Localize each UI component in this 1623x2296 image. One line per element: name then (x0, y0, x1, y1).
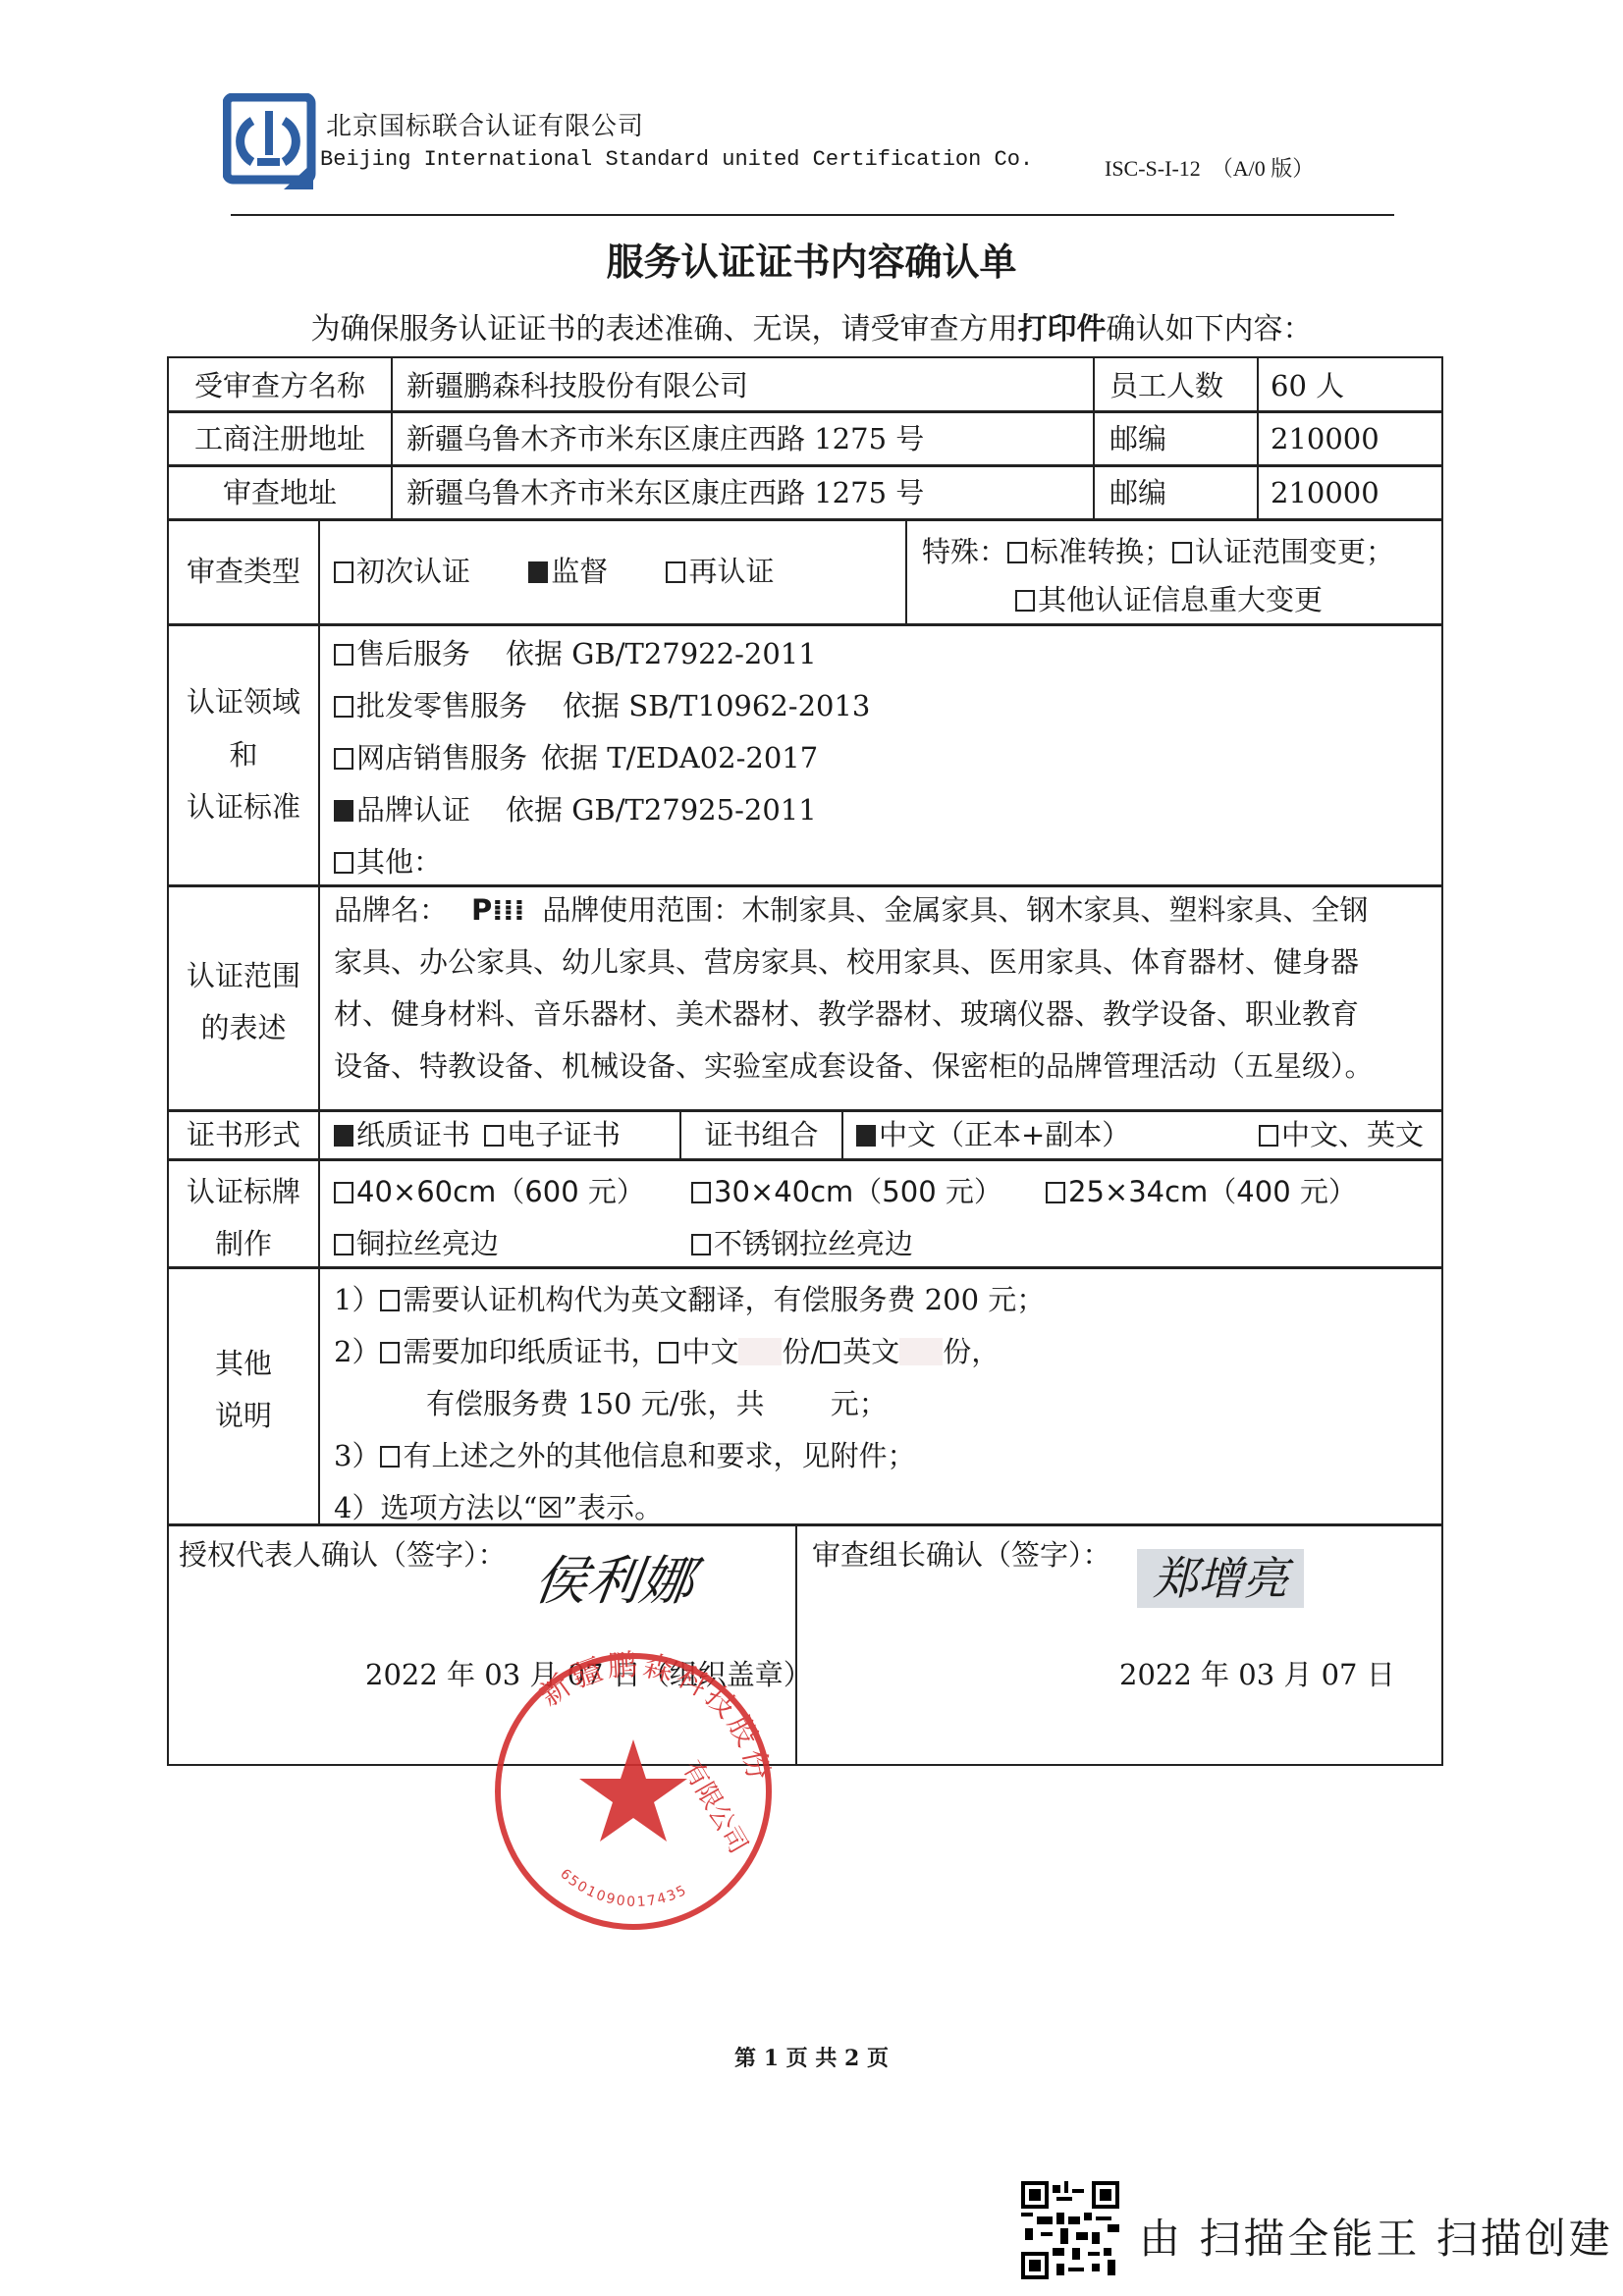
checkbox-extra-en[interactable] (820, 1342, 839, 1363)
company-seal: 新疆鹏森科技股份 有限公司 6501090017435 (491, 1649, 776, 1934)
col-divider (318, 518, 320, 1523)
scope-text: 品牌名：P⁞⁞⁞品牌使用范围：木制家具、金属家具、钢木家具、塑料家具、全钢 家具… (334, 884, 1434, 1093)
plaque-label-2: 制作 (169, 1230, 318, 1258)
option-surveillance[interactable]: 监督 (528, 555, 608, 588)
option-initial[interactable]: 初次认证 (334, 555, 470, 588)
checkbox-paper[interactable] (334, 1125, 353, 1147)
brand-logo-icon: P⁞⁞⁞ (471, 884, 524, 936)
checkbox-copper[interactable] (334, 1234, 353, 1255)
checkbox-after-sales[interactable] (334, 644, 353, 666)
leader-confirm-label: 审查组长确认（签字）： (812, 1541, 1111, 1570)
row-divider (169, 1266, 1441, 1269)
domain-item[interactable]: 网店销售服务依据 T/EDA02-2017 (334, 744, 818, 773)
copies-cn-field[interactable] (738, 1338, 782, 1365)
company-name-en: Beijing International Standard united Ce… (320, 147, 1033, 172)
copies-en-field[interactable] (899, 1338, 943, 1365)
special-options-row2: 其他认证信息重大变更 (1015, 586, 1323, 614)
col-divider (795, 1523, 797, 1766)
scope-label-1: 认证范围 (169, 962, 318, 990)
domain-label-3: 认证标准 (169, 793, 318, 822)
row-divider (169, 1109, 1441, 1112)
audit-addr-label: 审查地址 (169, 479, 391, 507)
row-divider (169, 410, 1441, 413)
checkbox-size-30x40[interactable] (691, 1182, 711, 1203)
page-title: 服务认证证书内容确认单 (0, 232, 1623, 286)
row-divider (169, 518, 1441, 521)
checkbox-scope-change[interactable] (1172, 542, 1192, 563)
qr-code (1021, 2181, 1119, 2279)
checkbox-brand[interactable] (334, 800, 353, 822)
notes-label-1: 其他 (169, 1350, 318, 1378)
checkbox-extra-cn[interactable] (659, 1342, 678, 1363)
cert-form-options: 纸质证书电子证书 (334, 1121, 621, 1149)
qr-code-icon (1021, 2181, 1119, 2279)
option-recert[interactable]: 再认证 (666, 555, 774, 588)
checkbox-cn-en[interactable] (1259, 1125, 1278, 1147)
checkbox-extra-print[interactable] (380, 1342, 400, 1363)
checkbox-wholesale[interactable] (334, 696, 353, 718)
reg-zip-label: 邮编 (1109, 425, 1166, 454)
col-divider (391, 358, 393, 518)
domain-item[interactable]: 其他： (334, 848, 442, 877)
note-3: 3）有上述之外的其他信息和要求，见附件； (334, 1442, 915, 1470)
checkbox-size-25x34[interactable] (1046, 1182, 1065, 1203)
checkbox-standard-transition[interactable] (1007, 542, 1027, 563)
rep-confirm-label: 授权代表人确认（签字）： (179, 1541, 507, 1570)
plaque-size-3[interactable]: 25×34cm（400 元） (1046, 1178, 1357, 1206)
col-divider (1093, 358, 1095, 518)
document-number: ISC-S-I-12 （A/0 版） (1105, 152, 1314, 183)
checkbox-other[interactable] (334, 852, 353, 874)
domain-item[interactable]: 批发零售服务依据 SB/T10962-2013 (334, 692, 870, 721)
svg-text:6501090017435: 6501090017435 (557, 1866, 690, 1910)
company-name-cn: 北京国标联合认证有限公司 (326, 106, 644, 142)
col-divider (905, 518, 907, 623)
checkbox-recert[interactable] (666, 561, 685, 583)
checkbox-major-change[interactable] (1015, 590, 1035, 612)
auditee-value: 新疆鹏森科技股份有限公司 (406, 372, 748, 400)
col-divider (841, 1109, 843, 1158)
checkbox-translation[interactable] (380, 1290, 400, 1311)
cert-combo-cn[interactable]: 中文（正本+副本） (856, 1121, 1130, 1149)
seal-icon: 新疆鹏森科技股份 有限公司 6501090017435 (491, 1649, 776, 1934)
audit-type-options: 初次认证 监督 再认证 (334, 558, 774, 586)
cert-form-label: 证书形式 (169, 1121, 318, 1149)
checkbox-cn[interactable] (856, 1125, 876, 1147)
checkbox-online-store[interactable] (334, 748, 353, 770)
audit-addr-value: 新疆乌鲁木齐市米东区康庄西路 1275 号 (406, 479, 924, 507)
header-divider (231, 214, 1394, 216)
staff-value: 60 人 (1271, 372, 1344, 400)
page-number: 第 1 页 共 2 页 (0, 2042, 1623, 2072)
plaque-material-2[interactable]: 不锈钢拉丝亮边 (691, 1230, 913, 1258)
checkbox-surveillance[interactable] (528, 561, 548, 583)
note-2-line2: 有偿服务费 150 元/张，共 元； (426, 1390, 888, 1418)
col-divider (1257, 358, 1259, 518)
domain-item[interactable]: 售后服务依据 GB/T27922-2011 (334, 640, 817, 668)
checkbox-initial[interactable] (334, 561, 353, 583)
checkbox-size-40x60[interactable] (334, 1182, 353, 1203)
checkbox-stainless[interactable] (691, 1234, 711, 1255)
audit-type-label: 审查类型 (169, 558, 318, 586)
cert-combo-label: 证书组合 (681, 1121, 841, 1149)
scope-label-2: 的表述 (169, 1014, 318, 1042)
row-divider (169, 464, 1441, 467)
note-4: 4）选项方法以“☒”表示。 (334, 1494, 663, 1522)
checkbox-electronic[interactable] (484, 1125, 504, 1147)
row-divider (169, 623, 1441, 626)
rep-signature: 侯利娜 (530, 1539, 700, 1615)
audit-zip-label: 邮编 (1109, 479, 1166, 507)
note-1: 1）需要认证机构代为英文翻译，有偿服务费 200 元； (334, 1286, 1045, 1314)
leader-signature: 郑增亮 (1137, 1549, 1304, 1608)
domain-label-2: 和 (169, 741, 318, 770)
notes-label-2: 说明 (169, 1402, 318, 1430)
row-divider (169, 1158, 1441, 1161)
staff-label: 员工人数 (1109, 372, 1223, 400)
plaque-size-1[interactable]: 40×60cm（600 元） (334, 1178, 645, 1206)
domain-item[interactable]: 品牌认证依据 GB/T27925-2011 (334, 796, 817, 825)
cert-combo-cn-en[interactable]: 中文、英文 (1259, 1121, 1424, 1149)
scanner-watermark: 由 扫描全能王 扫描创建 (1139, 2207, 1613, 2266)
plaque-label-1: 认证标牌 (169, 1178, 318, 1206)
plaque-material-1[interactable]: 铜拉丝亮边 (334, 1230, 499, 1258)
logo-icon (223, 93, 316, 191)
reg-addr-value: 新疆乌鲁木齐市米东区康庄西路 1275 号 (406, 425, 924, 454)
company-logo (223, 93, 316, 191)
note-2: 2）需要加印纸质证书，中文份/英文份， (334, 1338, 1000, 1366)
leader-date: 2022 年 03 月 07 日 (1119, 1661, 1395, 1689)
reg-addr-label: 工商注册地址 (169, 425, 391, 454)
audit-zip-value: 210000 (1271, 479, 1380, 507)
plaque-size-2[interactable]: 30×40cm（500 元） (691, 1178, 1002, 1206)
intro-text: 为确保服务认证证书的表述准确、无误，请受审查方用打印件确认如下内容： (0, 304, 1623, 347)
reg-zip-value: 210000 (1271, 425, 1380, 454)
auditee-label: 受审查方名称 (169, 372, 391, 400)
domain-label-1: 认证领域 (169, 688, 318, 717)
special-options-row1: 特殊：标准转换；认证范围变更； (922, 538, 1394, 566)
checkbox-other-info[interactable] (380, 1446, 400, 1468)
